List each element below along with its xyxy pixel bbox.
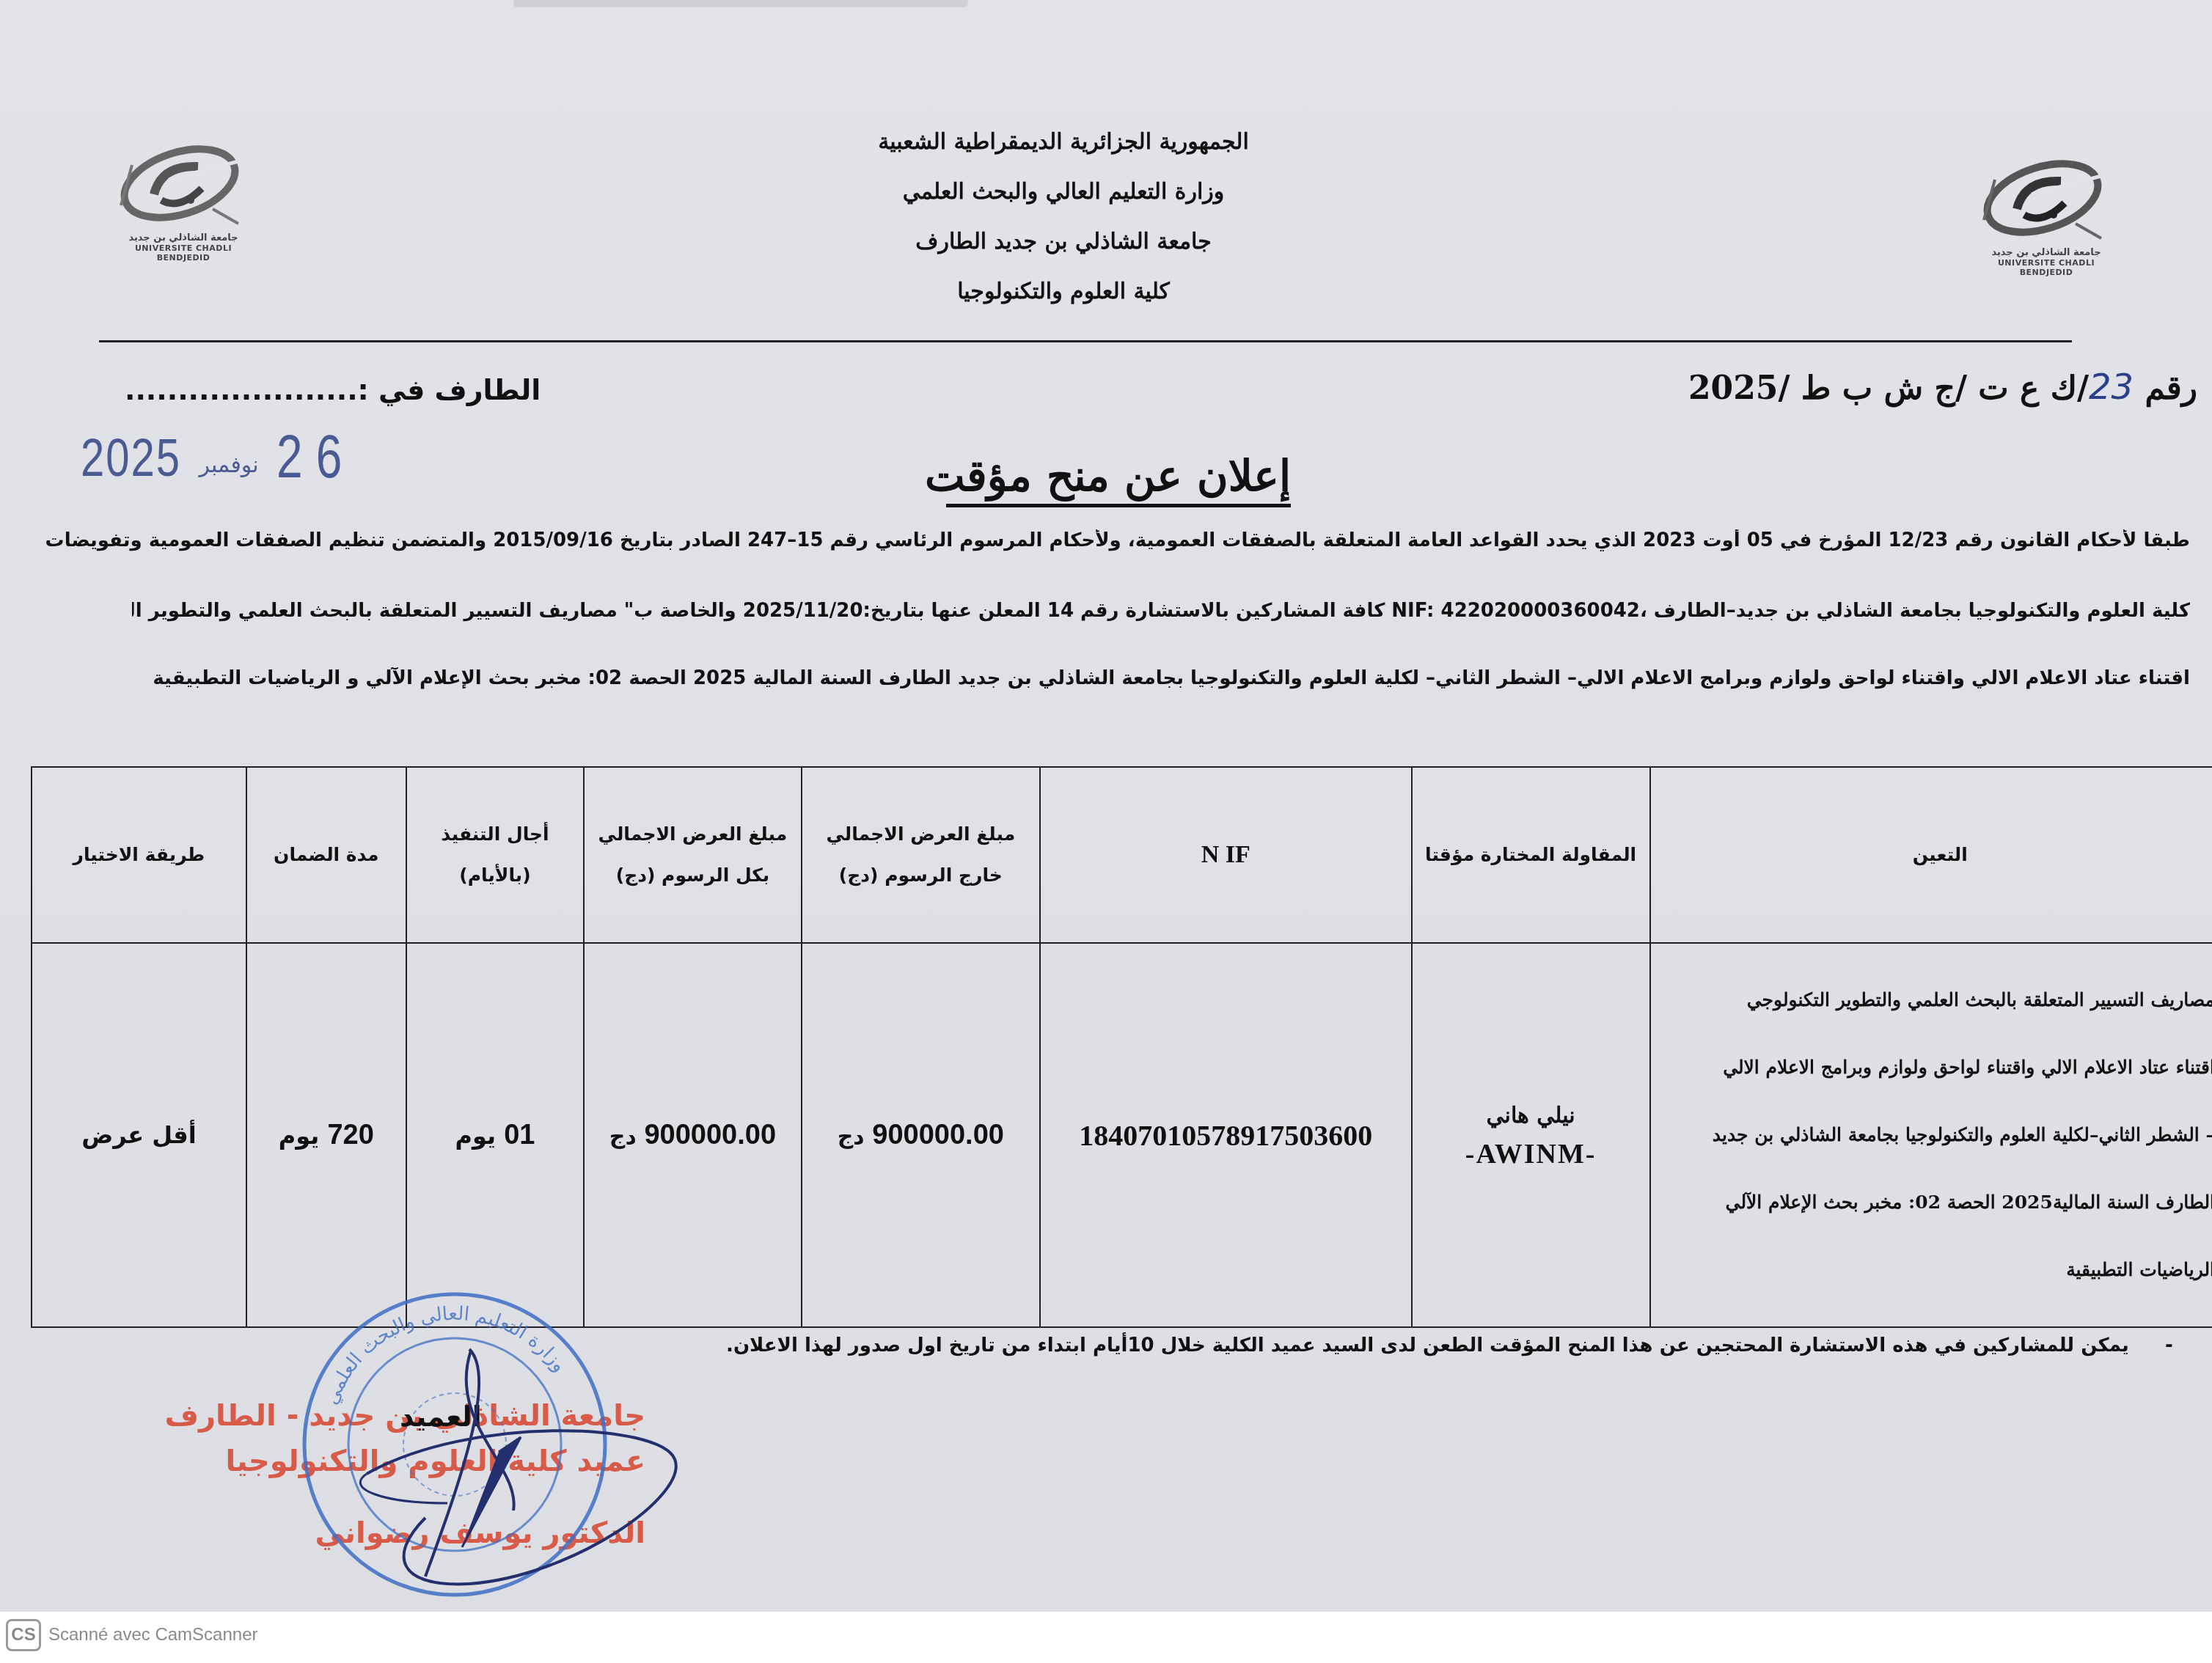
designation-line: اقتناء عتاد الاعلام الالي واقتناء لواحق … bbox=[1652, 1034, 2212, 1101]
reference-number: رقم 23/ك ع ت /ج ش ب ط /2025 bbox=[1688, 367, 2197, 408]
header-amount-ttc: مبلغ العرض الاجمالي بكل الرسوم (دج) bbox=[584, 767, 802, 943]
place-label: الطارف في : bbox=[358, 374, 541, 406]
handwritten-signature-icon bbox=[279, 1335, 689, 1598]
letterhead: الجمهورية الجزائرية الديمقراطية الشعبية … bbox=[770, 117, 1357, 317]
header-warranty: مدة الضمان bbox=[246, 767, 406, 943]
cell-amount-ttc: 900000.00 دج bbox=[584, 943, 802, 1327]
handwritten-number: 23 bbox=[2089, 367, 2134, 408]
logo-french-caption: UNIVERSITE CHADLI BENDJEDID bbox=[110, 243, 257, 263]
header-method: طريقة الاختيار bbox=[32, 767, 246, 943]
header-contractor: المقاولة المختارة مؤقتا bbox=[1412, 767, 1650, 943]
designation-line: الرياضيات التطبيقية bbox=[1652, 1236, 2212, 1304]
award-table: التعين المقاولة المختارة مؤقتا N IF مبلغ… bbox=[31, 766, 2212, 1328]
header-amount-ttc-line2: بكل الرسوم (دج) bbox=[585, 855, 800, 896]
bullet-dash: - bbox=[2165, 1335, 2173, 1357]
cell-amount-ht: 900000.00 دج bbox=[802, 943, 1040, 1327]
appeal-notice: - يمكن للمشاركين في هذه الاستشارة المحتج… bbox=[726, 1335, 2173, 1357]
scanned-page: جامعة الشاذلي بن جديد UNIVERSITE CHADLI … bbox=[0, 0, 2212, 1612]
stamp-month: نوفمبر bbox=[199, 452, 258, 478]
university-emblem-icon bbox=[110, 143, 257, 231]
amount-ht-currency: دج bbox=[838, 1124, 865, 1150]
camscanner-logo-icon: CS bbox=[6, 1619, 41, 1651]
appeal-notice-text: يمكن للمشاركين في هذه الاستشارة المحتجين… bbox=[726, 1335, 2129, 1357]
ministry-name: وزارة التعليم العالي والبحث العلمي bbox=[770, 167, 1357, 217]
table-header-row: التعين المقاولة المختارة مؤقتا N IF مبلغ… bbox=[32, 767, 2212, 943]
logo-arabic-caption: جامعة الشاذلي بن جديد bbox=[110, 232, 257, 243]
warranty-value: 720 bbox=[327, 1120, 373, 1150]
cell-contractor: نيلي هاني -AWINM- bbox=[1412, 943, 1650, 1327]
date-dots: ...................... bbox=[125, 374, 358, 406]
logo-french-caption: UNIVERSITE CHADLI BENDJEDID bbox=[1973, 258, 2120, 277]
date-stamp: 2025 نوفمبر 26 bbox=[81, 429, 355, 483]
amount-ttc-currency: دج bbox=[609, 1124, 637, 1150]
header-designation: التعين bbox=[1650, 767, 2212, 943]
designation-line: الطارف السنة المالية2025 الحصة 02: مخبر … bbox=[1652, 1169, 2212, 1236]
document-title: إعلان عن منح مؤقت bbox=[946, 451, 1291, 507]
reference-code: /ك ع ت /ج ش ب ط /2025 bbox=[1688, 370, 2089, 407]
header-amount-ttc-line1: مبلغ العرض الاجمالي bbox=[585, 814, 800, 855]
header-amount-ht: مبلغ العرض الاجمالي خارج الرسوم (دج) bbox=[802, 767, 1040, 943]
header-divider bbox=[99, 340, 2072, 342]
header-amount-ht-line1: مبلغ العرض الاجمالي bbox=[803, 814, 1039, 855]
university-logo-right: جامعة الشاذلي بن جديد UNIVERSITE CHADLI … bbox=[1973, 158, 2164, 282]
designation-line: مصاريف التسيير المتعلقة بالبحث العلمي وا… bbox=[1652, 966, 2212, 1034]
body-line-2: كلية العلوم والتكنولوجيا بجامعة الشاذلي … bbox=[132, 600, 2190, 622]
place-date-line: الطارف في :...................... bbox=[125, 374, 541, 406]
university-emblem-icon bbox=[1973, 158, 2120, 246]
stamp-year: 2025 bbox=[81, 427, 181, 489]
header-delay-line2: (بالأيام) bbox=[408, 855, 582, 896]
cell-delay: 01 يوم bbox=[406, 943, 584, 1327]
contractor-arabic-name: نيلي هاني bbox=[1413, 1097, 1649, 1135]
delay-value: 01 bbox=[504, 1120, 535, 1150]
university-logo-left: جامعة الشاذلي بن جديد UNIVERSITE CHADLI … bbox=[110, 143, 301, 268]
cell-designation: مصاريف التسيير المتعلقة بالبحث العلمي وا… bbox=[1650, 943, 2212, 1327]
cell-warranty: 720 يوم bbox=[246, 943, 406, 1327]
scan-artifact bbox=[513, 0, 968, 7]
amount-ht-value: 900000.00 bbox=[872, 1120, 1004, 1150]
republic-name: الجمهورية الجزائرية الديمقراطية الشعبية bbox=[770, 117, 1357, 167]
camscanner-watermark: CS Scanné avec CamScanner bbox=[6, 1619, 258, 1651]
reference-prefix: رقم bbox=[2145, 370, 2197, 407]
faculty-name: كلية العلوم والتكنولوجيا bbox=[770, 267, 1357, 317]
delay-unit: يوم bbox=[455, 1122, 496, 1150]
stamp-day: 26 bbox=[276, 421, 355, 491]
award-table-container: التعين المقاولة المختارة مؤقتا N IF مبلغ… bbox=[31, 766, 2212, 1324]
designation-line: – الشطر الثاني–لكلية العلوم والتكنولوجيا… bbox=[1652, 1101, 2212, 1169]
header-delay-line1: أجال التنفيذ bbox=[408, 814, 582, 855]
header-nif: N IF bbox=[1040, 767, 1412, 943]
cell-nif: 184070105789175036​00 bbox=[1040, 943, 1412, 1327]
camscanner-text: Scanné avec CamScanner bbox=[48, 1625, 258, 1645]
university-name: جامعة الشاذلي بن جديد الطارف bbox=[770, 217, 1357, 267]
table-row: مصاريف التسيير المتعلقة بالبحث العلمي وا… bbox=[32, 943, 2212, 1327]
warranty-unit: يوم bbox=[279, 1122, 320, 1150]
header-delay: أجال التنفيذ (بالأيام) bbox=[406, 767, 584, 943]
contractor-latin-name: -AWINM- bbox=[1413, 1135, 1649, 1173]
body-line-3: اقتناء عتاد الاعلام الالي واقتناء لواحق … bbox=[147, 667, 2190, 689]
amount-ttc-value: 900000.00 bbox=[644, 1120, 776, 1150]
body-line-1: طبقا لأحكام القانون رقم 12/23 المؤرخ في … bbox=[44, 529, 2190, 551]
logo-arabic-caption: جامعة الشاذلي بن جديد bbox=[1973, 247, 2120, 258]
cell-method: أقل عرض bbox=[32, 943, 246, 1327]
header-amount-ht-line2: خارج الرسوم (دج) bbox=[803, 855, 1039, 896]
